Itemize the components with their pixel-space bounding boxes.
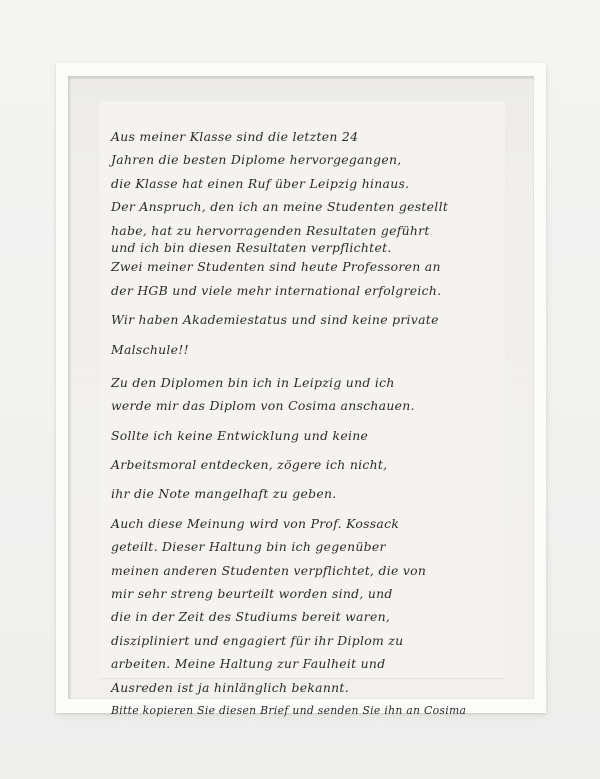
letter-line: der HGB und viele mehr international erf… [111,279,497,302]
letter-line: Aus meiner Klasse sind die letzten 24 [111,125,497,148]
letter-line: Sollte ich keine Entwicklung und keine [111,424,497,447]
letter-line: diszipliniert und engagiert für ihr Dipl… [111,629,497,652]
letter-line: Ausreden ist ja hinlänglich bekannt. [111,676,497,699]
letter-line: Jahren die besten Diplome hervorgegangen… [111,148,497,171]
letter-line: werde mir das Diplom von Cosima anschaue… [111,394,497,417]
handwritten-letter: Aus meiner Klasse sind die letzten 24 Ja… [111,125,497,722]
letter-paper: Aus meiner Klasse sind die letzten 24 Ja… [99,101,505,678]
letter-line: die Klasse hat einen Ruf über Leipzig hi… [111,172,497,195]
mat-board: Aus meiner Klasse sind die letzten 24 Ja… [71,79,533,698]
letter-line: geteilt. Dieser Haltung bin ich gegenübe… [111,535,497,558]
letter-line: Auch diese Meinung wird von Prof. Kossac… [111,512,497,535]
letter-line: Malschule!! [111,338,497,361]
picture-frame: Aus meiner Klasse sind die letzten 24 Ja… [56,63,546,713]
letter-line: Der Anspruch, den ich an meine Studenten… [111,195,497,218]
letter-line: Zu den Diplomen bin ich in Leipzig und i… [111,371,497,394]
letter-line: Zwei meiner Studenten sind heute Profess… [111,255,497,278]
letter-line: arbeiten. Meine Haltung zur Faulheit und [111,652,497,675]
frame-recess: Aus meiner Klasse sind die letzten 24 Ja… [68,76,534,699]
letter-line: Bitte kopieren Sie diesen Brief und send… [111,699,497,722]
letter-line: die in der Zeit des Studiums bereit ware… [111,605,497,628]
letter-line: mir sehr streng beurteilt worden sind, u… [111,582,497,605]
letter-line: meinen anderen Studenten verpflichtet, d… [111,559,497,582]
letter-line: Arbeitsmoral entdecken, zögere ich nicht… [111,453,497,476]
letter-line: ihr die Note mangelhaft zu geben. [111,482,497,505]
letter-line: Wir haben Akademiestatus und sind keine … [111,308,497,331]
